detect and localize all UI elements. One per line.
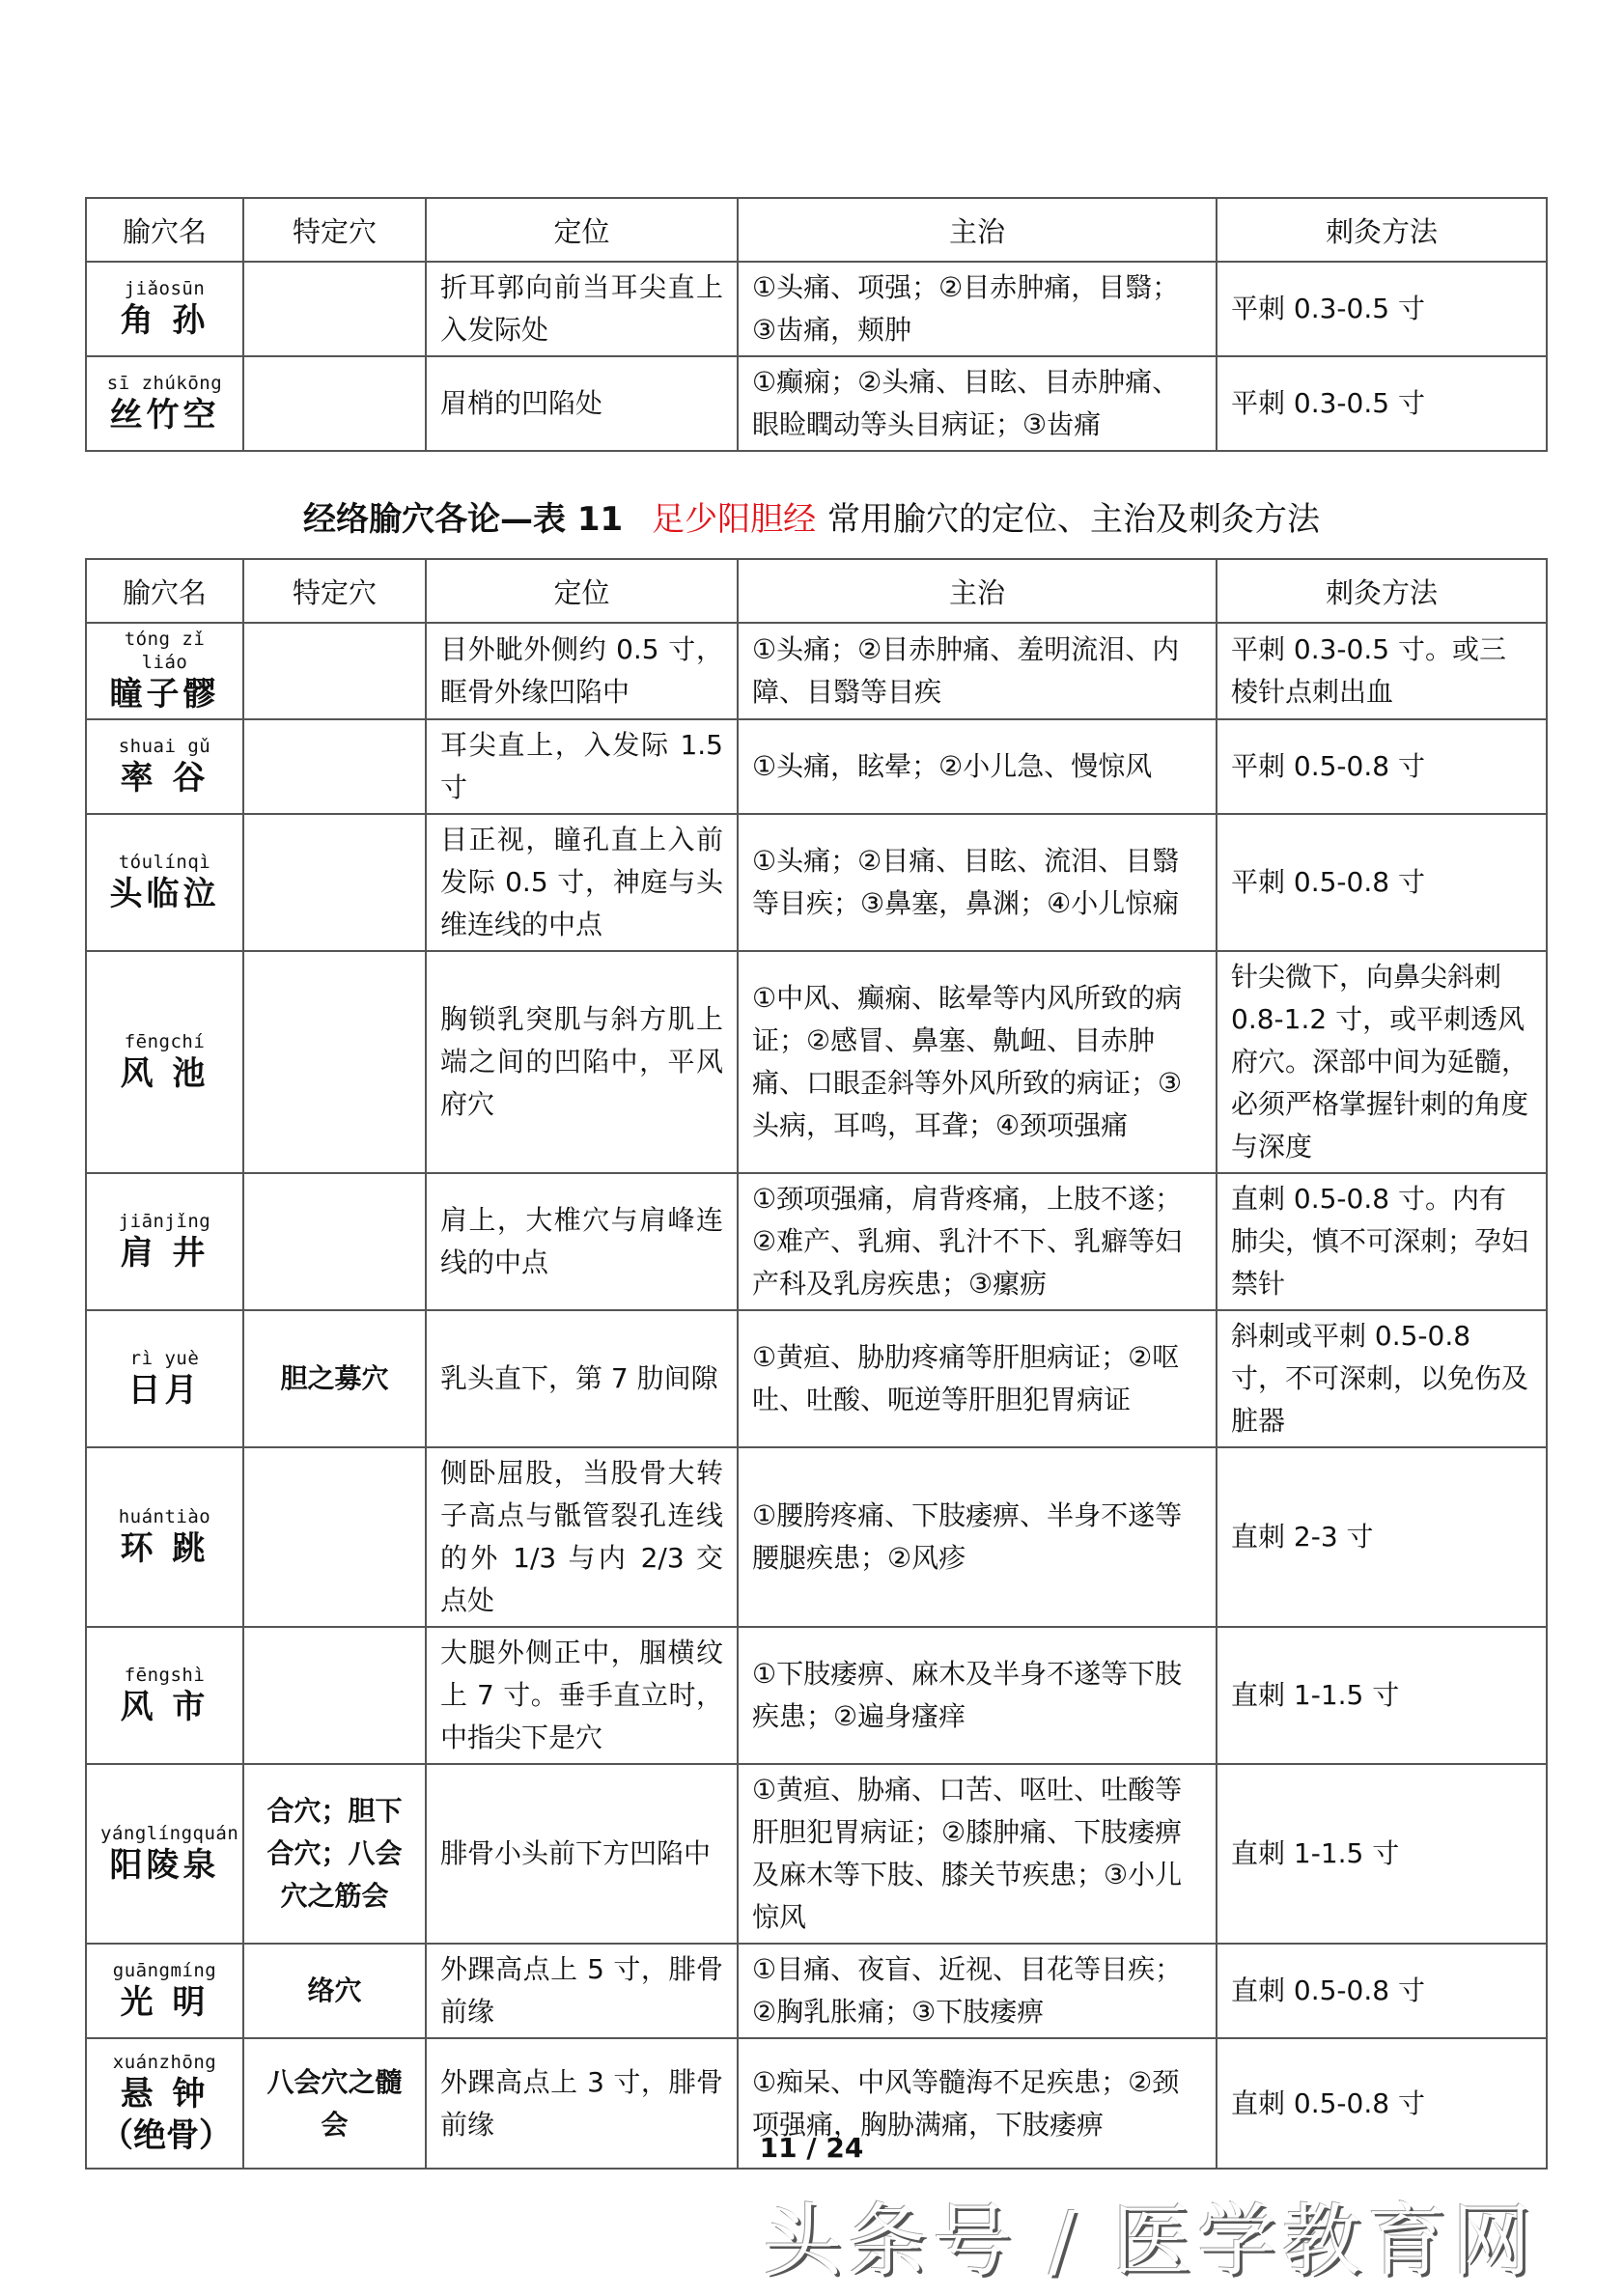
location-cell: 腓骨小头前下方凹陷中 <box>426 1764 738 1944</box>
method-cell: 平刺 0.5-0.8 寸 <box>1217 814 1547 951</box>
acupoint-table-gallbladder-meridian: 腧穴名 特定穴 定位 主治 刺灸方法 tóng zǐ liáo瞳子髎目外眦外侧约… <box>85 558 1548 2170</box>
point-pinyin: sī zhúkōng <box>100 372 229 395</box>
point-name: 环 跳 <box>100 1528 229 1569</box>
special-point-cell <box>243 262 426 356</box>
point-name-cell: tóulínqì头临泣 <box>86 814 243 951</box>
point-name: 头临泣 <box>100 874 229 914</box>
point-pinyin: jiānjǐng <box>100 1210 229 1233</box>
point-name-cell: fēngshì风 市 <box>86 1627 243 1764</box>
special-point-cell <box>243 814 426 951</box>
table-row: fēngchí风 池胸锁乳突肌与斜方肌上端之间的凹陷中，平风府穴①中风、癫痫、眩… <box>86 951 1547 1173</box>
point-name: 阳陵泉 <box>100 1845 229 1886</box>
indications-cell: ①中风、癫痫、眩晕等内风所致的病证；②感冒、鼻塞、鼽衄、目赤肿痛、口眼歪斜等外风… <box>738 951 1217 1173</box>
point-name: 瞳子髎 <box>100 674 229 714</box>
header-indications: 主治 <box>738 559 1217 623</box>
title-suffix: 常用腧穴的定位、主治及刺灸方法 <box>827 500 1320 539</box>
method-cell: 斜刺或平刺 0.5-0.8 寸，不可深刺，以免伤及脏器 <box>1217 1310 1547 1447</box>
acupoint-table-continued: 腧穴名 特定穴 定位 主治 刺灸方法 jiǎosūn角 孙折耳郭向前当耳尖直上入… <box>85 197 1548 452</box>
location-cell: 大腿外侧正中，腘横纹上 7 寸。垂手直立时，中指尖下是穴 <box>426 1627 738 1764</box>
indications-cell: ①黄疸、胁肋疼痛等肝胆病证；②呕吐、吐酸、呃逆等肝胆犯胃病证 <box>738 1310 1217 1447</box>
point-name-cell: huántiào环 跳 <box>86 1447 243 1627</box>
point-name: 日月 <box>100 1370 229 1411</box>
point-pinyin: jiǎosūn <box>100 277 229 300</box>
point-pinyin: fēngshì <box>100 1664 229 1687</box>
location-cell: 目外眦外侧约 0.5 寸，眶骨外缘凹陷中 <box>426 623 738 719</box>
special-point-cell: 络穴 <box>243 1944 426 2038</box>
point-name-cell: jiānjǐng肩 井 <box>86 1173 243 1310</box>
indications-cell: ①头痛、项强；②目赤肿痛，目翳；③齿痛，颊肿 <box>738 262 1217 356</box>
header-special-point: 特定穴 <box>243 198 426 262</box>
point-name-cell: sī zhúkōng丝竹空 <box>86 356 243 451</box>
table-row: yánglíngquán阳陵泉合穴；胆下合穴；八会穴之筋会腓骨小头前下方凹陷中①… <box>86 1764 1547 1944</box>
location-cell: 胸锁乳突肌与斜方肌上端之间的凹陷中，平风府穴 <box>426 951 738 1173</box>
indications-cell: ①黄疸、胁痛、口苦、呕吐、吐酸等肝胆犯胃病证；②膝肿痛、下肢痿痹及麻木等下肢、膝… <box>738 1764 1217 1944</box>
header-location: 定位 <box>426 559 738 623</box>
table-row: jiānjǐng肩 井肩上，大椎穴与肩峰连线的中点①颈项强痛，肩背疼痛，上肢不遂… <box>86 1173 1547 1310</box>
special-point-cell <box>243 951 426 1173</box>
special-point-cell <box>243 356 426 451</box>
location-cell: 肩上，大椎穴与肩峰连线的中点 <box>426 1173 738 1310</box>
location-cell: 眉梢的凹陷处 <box>426 356 738 451</box>
table-header-row: 腧穴名 特定穴 定位 主治 刺灸方法 <box>86 198 1547 262</box>
location-cell: 外踝高点上 5 寸，腓骨前缘 <box>426 1944 738 2038</box>
method-cell: 平刺 0.5-0.8 寸 <box>1217 719 1547 814</box>
indications-cell: ①目痛、夜盲、近视、目花等目疾；②胸乳胀痛；③下肢痿痹 <box>738 1944 1217 2038</box>
table-row: tóng zǐ liáo瞳子髎目外眦外侧约 0.5 寸，眶骨外缘凹陷中①头痛；②… <box>86 623 1547 719</box>
method-cell: 平刺 0.3-0.5 寸。或三棱针点刺出血 <box>1217 623 1547 719</box>
method-cell: 平刺 0.3-0.5 寸 <box>1217 262 1547 356</box>
title-meridian: 足少阳胆经 <box>652 500 816 539</box>
table-body: jiǎosūn角 孙折耳郭向前当耳尖直上入发际处①头痛、项强；②目赤肿痛，目翳；… <box>86 262 1547 451</box>
method-cell: 直刺 0.5-0.8 寸 <box>1217 1944 1547 2038</box>
page-number: 11 / 24 <box>0 2132 1623 2164</box>
point-name: 风 池 <box>100 1053 229 1094</box>
point-name-cell: shuai gǔ率 谷 <box>86 719 243 814</box>
point-name: 风 市 <box>100 1687 229 1727</box>
method-cell: 针尖微下，向鼻尖斜刺 0.8-1.2 寸，或平刺透风府穴。深部中间为延髓，必须严… <box>1217 951 1547 1173</box>
table-title: 经络腧穴各论—表 11足少阳胆经 常用腧穴的定位、主治及刺灸方法 <box>0 492 1623 546</box>
point-name: 率 谷 <box>100 758 229 798</box>
point-pinyin: fēngchí <box>100 1030 229 1053</box>
method-cell: 直刺 1-1.5 寸 <box>1217 1627 1547 1764</box>
watermark: 头条号 / 医学教育网 <box>763 2178 1537 2291</box>
location-cell: 侧卧屈股，当股骨大转子高点与骶管裂孔连线的外 1/3 与内 2/3 交点处 <box>426 1447 738 1627</box>
point-name-cell: yánglíngquán阳陵泉 <box>86 1764 243 1944</box>
location-cell: 耳尖直上，入发际 1.5 寸 <box>426 719 738 814</box>
special-point-cell <box>243 719 426 814</box>
table-row: fēngshì风 市大腿外侧正中，腘横纹上 7 寸。垂手直立时，中指尖下是穴①下… <box>86 1627 1547 1764</box>
table-row: rì yuè日月胆之募穴乳头直下，第 7 肋间隙①黄疸、胁肋疼痛等肝胆病证；②呕… <box>86 1310 1547 1447</box>
indications-cell: ①腰胯疼痛、下肢痿痹、半身不遂等腰腿疾患；②风疹 <box>738 1447 1217 1627</box>
point-name: 光 明 <box>100 1982 229 2023</box>
indications-cell: ①癫痫；②头痛、目眩、目赤肿痛、眼睑瞤动等头目病证；③齿痛 <box>738 356 1217 451</box>
table-row: tóulínqì头临泣目正视，瞳孔直上入前发际 0.5 寸，神庭与头维连线的中点… <box>86 814 1547 951</box>
header-method: 刺灸方法 <box>1217 559 1547 623</box>
point-pinyin: shuai gǔ <box>100 735 229 758</box>
indications-cell: ①头痛，眩晕；②小儿急、慢惊风 <box>738 719 1217 814</box>
table-row: guāngmíng光 明络穴外踝高点上 5 寸，腓骨前缘①目痛、夜盲、近视、目花… <box>86 1944 1547 2038</box>
table-row: sī zhúkōng丝竹空眉梢的凹陷处①癫痫；②头痛、目眩、目赤肿痛、眼睑瞤动等… <box>86 356 1547 451</box>
table-body: tóng zǐ liáo瞳子髎目外眦外侧约 0.5 寸，眶骨外缘凹陷中①头痛；②… <box>86 623 1547 2169</box>
point-name: 肩 井 <box>100 1233 229 1274</box>
method-cell: 平刺 0.3-0.5 寸 <box>1217 356 1547 451</box>
point-name: 丝竹空 <box>100 395 229 435</box>
location-cell: 乳头直下，第 7 肋间隙 <box>426 1310 738 1447</box>
point-name-cell: rì yuè日月 <box>86 1310 243 1447</box>
point-name-cell: jiǎosūn角 孙 <box>86 262 243 356</box>
header-point-name: 腧穴名 <box>86 559 243 623</box>
point-name: 悬 钟 <box>100 2074 229 2114</box>
point-pinyin: tóng zǐ liáo <box>100 628 229 674</box>
special-point-cell <box>243 1173 426 1310</box>
table-row: huántiào环 跳侧卧屈股，当股骨大转子高点与骶管裂孔连线的外 1/3 与内… <box>86 1447 1547 1627</box>
table-row: jiǎosūn角 孙折耳郭向前当耳尖直上入发际处①头痛、项强；②目赤肿痛，目翳；… <box>86 262 1547 356</box>
point-pinyin: xuánzhōng <box>100 2051 229 2074</box>
method-cell: 直刺 0.5-0.8 寸。内有肺尖，慎不可深刺；孕妇禁针 <box>1217 1173 1547 1310</box>
point-name: 角 孙 <box>100 300 229 341</box>
point-name-cell: tóng zǐ liáo瞳子髎 <box>86 623 243 719</box>
location-cell: 目正视，瞳孔直上入前发际 0.5 寸，神庭与头维连线的中点 <box>426 814 738 951</box>
header-special-point: 特定穴 <box>243 559 426 623</box>
method-cell: 直刺 1-1.5 寸 <box>1217 1764 1547 1944</box>
table-row: shuai gǔ率 谷耳尖直上，入发际 1.5 寸①头痛，眩晕；②小儿急、慢惊风… <box>86 719 1547 814</box>
point-pinyin: yánglíngquán <box>100 1822 229 1845</box>
header-method: 刺灸方法 <box>1217 198 1547 262</box>
table-header-row: 腧穴名 特定穴 定位 主治 刺灸方法 <box>86 559 1547 623</box>
point-name-cell: fēngchí风 池 <box>86 951 243 1173</box>
indications-cell: ①颈项强痛，肩背疼痛，上肢不遂；②难产、乳痈、乳汁不下、乳癖等妇产科及乳房疾患；… <box>738 1173 1217 1310</box>
point-pinyin: huántiào <box>100 1505 229 1528</box>
point-name-cell: guāngmíng光 明 <box>86 1944 243 2038</box>
point-pinyin: tóulínqì <box>100 851 229 874</box>
method-cell: 直刺 2-3 寸 <box>1217 1447 1547 1627</box>
special-point-cell <box>243 1447 426 1627</box>
header-location: 定位 <box>426 198 738 262</box>
location-cell: 折耳郭向前当耳尖直上入发际处 <box>426 262 738 356</box>
special-point-cell: 胆之募穴 <box>243 1310 426 1447</box>
special-point-cell <box>243 623 426 719</box>
title-prefix: 经络腧穴各论—表 11 <box>303 500 623 539</box>
point-pinyin: guāngmíng <box>100 1959 229 1982</box>
point-pinyin: rì yuè <box>100 1347 229 1370</box>
special-point-cell: 合穴；胆下合穴；八会穴之筋会 <box>243 1764 426 1944</box>
special-point-cell <box>243 1627 426 1764</box>
header-indications: 主治 <box>738 198 1217 262</box>
indications-cell: ①头痛；②目赤肿痛、羞明流泪、内障、目翳等目疾 <box>738 623 1217 719</box>
header-point-name: 腧穴名 <box>86 198 243 262</box>
indications-cell: ①头痛；②目痛、目眩、流泪、目翳等目疾；③鼻塞，鼻渊；④小儿惊痫 <box>738 814 1217 951</box>
indications-cell: ①下肢痿痹、麻木及半身不遂等下肢疾患；②遍身瘙痒 <box>738 1627 1217 1764</box>
